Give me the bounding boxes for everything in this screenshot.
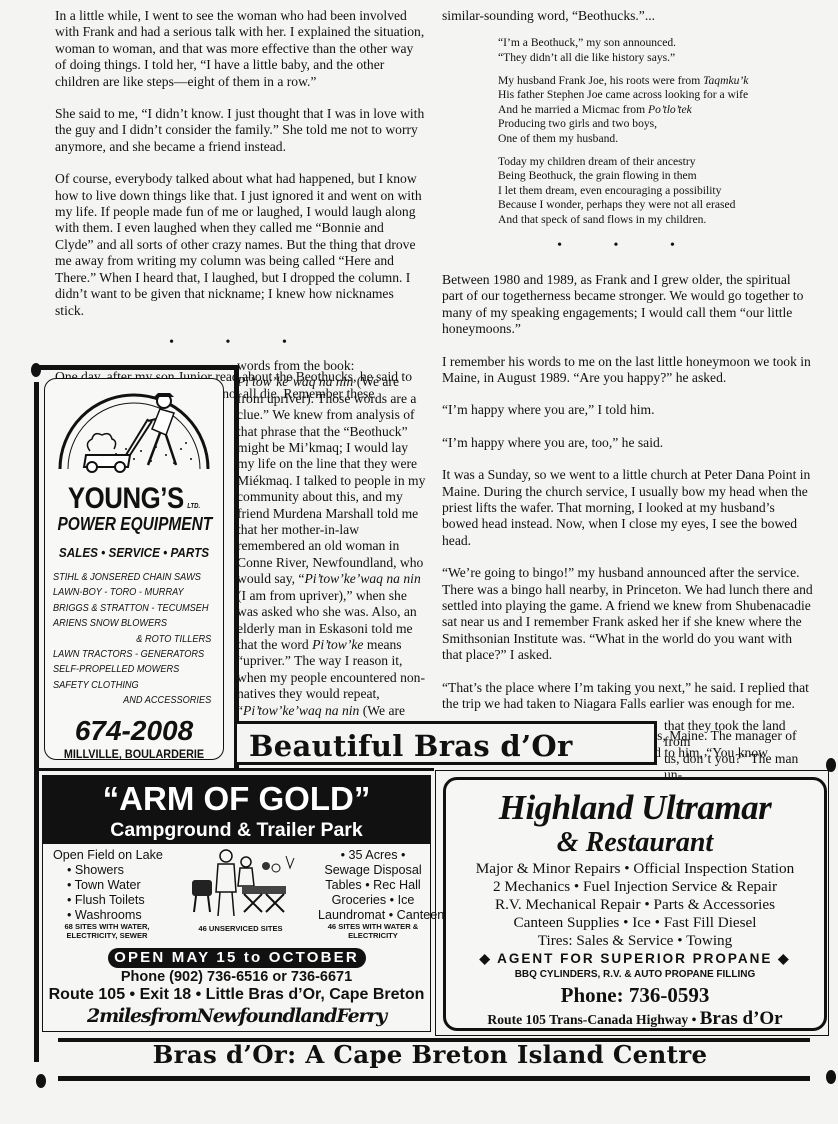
- youngs-name: YOUNG’SLTD.: [57, 482, 210, 516]
- poem-stanza: “I’m a Beothuck,” my son announced.“They…: [498, 36, 814, 65]
- article-paragraph: “That’s the place where I’m taking you n…: [442, 680, 814, 713]
- product-item: LAWN TRACTORS - GENERATORS: [53, 647, 228, 662]
- service-line: Canteen Supplies • Ice • Fast Fill Diese…: [446, 914, 824, 932]
- youngs-phone: 674-2008: [45, 715, 223, 747]
- margin-bullet: [36, 1074, 46, 1088]
- footer-bottom-rule: [58, 1076, 810, 1081]
- product-item: SELF-PROPELLED MOWERS: [53, 662, 228, 677]
- poem-line: I let them dream, even encouraging a pos…: [498, 184, 814, 199]
- highland-ultramar-ad: Highland Ultramar & Restaurant Major & M…: [443, 777, 827, 1031]
- right-column: similar-sounding word, “Beothucks.”... “…: [442, 8, 814, 761]
- amenity-item: Sewage Disposal: [318, 863, 428, 878]
- amenity-item: Groceries • Ice: [318, 893, 428, 908]
- poem-line: My husband Frank Joe, his roots were fro…: [498, 74, 814, 89]
- product-item: BRIGGS & STRATTON - TECUMSEH: [53, 601, 228, 616]
- highland-title: Highland Ultramar: [446, 790, 824, 826]
- family-picnic-icon: [186, 846, 296, 922]
- poem-line: And that speck of sand flows in my child…: [498, 213, 814, 228]
- man-mowing-lawn-icon: [56, 389, 212, 473]
- arm-of-gold-amenities-left: Open Field on Lake • Showers • Town Wate…: [53, 848, 163, 940]
- sites-note: 68 SITES WITH WATER, ELECTRICITY, SEWER: [53, 923, 161, 940]
- footer-title: Bras d’Or: A Cape Breton Island Centre: [60, 1040, 800, 1069]
- product-item: LAWN-BOY - TORO - MURRAY: [53, 585, 228, 600]
- article-paragraph: “I’m happy where you are, too,” he said.: [442, 435, 814, 451]
- propane-services: BBQ CYLINDERS, R.V. & AUTO PROPANE FILLI…: [446, 968, 824, 982]
- youngs-product-list: STIHL & JONSERED CHAIN SAWSLAWN-BOY - TO…: [53, 570, 228, 709]
- amenity-item: • Town Water: [53, 878, 163, 893]
- wrapped-article-text: words from the book: Pi’tow’ke’waq na ni…: [237, 358, 427, 752]
- section-separator: • • •: [55, 335, 425, 351]
- poem-line: Being Beothuck, the grain flowing in the…: [498, 169, 814, 184]
- highland-phone: Phone: 736-0593: [446, 982, 824, 1008]
- margin-bullet: [826, 1070, 836, 1084]
- amenity-item: • Washrooms: [53, 908, 163, 923]
- article-paragraph: “We’re going to bingo!” my husband annou…: [442, 565, 814, 663]
- article-paragraph: It was a Sunday, so we went to a little …: [442, 467, 814, 549]
- youngs-subtitle: POWER EQUIPMENT: [57, 514, 210, 535]
- arm-of-gold-illustration: 46 UNSERVICED SITES: [183, 846, 298, 934]
- arm-of-gold-title: “ARM OF GOLD”: [43, 776, 430, 819]
- youngs-tagline: SALES • SERVICE • PARTS: [54, 545, 214, 560]
- article-paragraph: similar-sounding word, “Beothucks.”...: [442, 8, 814, 24]
- product-item: AND ACCESSORIES: [53, 693, 228, 708]
- product-item: STIHL & JONSERED CHAIN SAWS: [53, 570, 228, 585]
- season-badge: OPEN MAY 15 to OCTOBER 15: [108, 948, 366, 968]
- article-paragraph: “I’m happy where you are,” I told him.: [442, 402, 814, 418]
- service-line: Major & Minor Repairs • Official Inspect…: [446, 860, 824, 878]
- text-line: that they took the land from: [664, 718, 814, 751]
- article-paragraph: She said to me, “I didn’t know. I just t…: [55, 106, 425, 155]
- arm-of-gold-amenities-right: • 35 Acres • Sewage Disposal Tables • Re…: [318, 848, 428, 940]
- amenity-heading: Open Field on Lake: [53, 848, 163, 863]
- poem-stanza: Today my children dream of their ancestr…: [498, 155, 814, 228]
- amenity-item: • Flush Toilets: [53, 893, 163, 908]
- poem-line: His father Stephen Joe came across looki…: [498, 88, 814, 103]
- amenity-item: • Showers: [53, 863, 163, 878]
- arm-of-gold-phone: Phone (902) 736-6516 or 736-6671: [43, 969, 430, 985]
- youngs-ad: YOUNG’SLTD. POWER EQUIPMENT SALES • SERV…: [44, 378, 224, 760]
- article-paragraph: Of course, everybody talked about what h…: [55, 171, 425, 319]
- poem-line: One of them my husband.: [498, 132, 814, 147]
- sites-note: 46 UNSERVICED SITES: [183, 925, 298, 934]
- poem-line: Because I wonder, perhaps they were not …: [498, 198, 814, 213]
- highland-route: Route 105 Trans-Canada Highway • Bras d’…: [446, 1008, 824, 1031]
- amenity-item: Laundromat • Canteen: [318, 908, 428, 923]
- amenity-item: • 35 Acres •: [318, 848, 428, 863]
- service-line: Tires: Sales & Service • Towing: [446, 932, 824, 950]
- poem-line: Producing two girls and two boys,: [498, 117, 814, 132]
- poem-line: Today my children dream of their ancestr…: [498, 155, 814, 170]
- article-paragraph: In a little while, I went to see the wom…: [55, 8, 425, 90]
- poem-line: And he married a Micmac from Po’tlo’tek: [498, 103, 814, 118]
- article-paragraph: Between 1980 and 1989, as Frank and I gr…: [442, 272, 814, 338]
- article-paragraph: I remember his words to me on the last l…: [442, 354, 814, 387]
- arm-of-gold-ad: “ARM OF GOLD” Campground & Trailer Park …: [42, 775, 431, 1032]
- highland-subtitle: & Restaurant: [446, 826, 824, 860]
- sites-note: 46 SITES WITH WATER & ELECTRICITY: [318, 923, 428, 940]
- beautiful-bras-dor-banner: Beautiful Bras d’Or: [237, 721, 657, 765]
- arm-of-gold-ferry-note: 2milesfromNewfoundlandFerry: [43, 1005, 430, 1027]
- service-line: 2 Mechanics • Fuel Injection Service & R…: [446, 878, 824, 896]
- product-item: ARIENS SNOW BLOWERS: [53, 616, 228, 631]
- product-item: SAFETY CLOTHING: [53, 678, 228, 693]
- product-item: & ROTO TILLERS: [53, 632, 228, 647]
- horizontal-rule: [36, 768, 434, 771]
- poem-line: “They didn’t all die like history says.”: [498, 51, 814, 66]
- poem: “I’m a Beothuck,” my son announced.“They…: [498, 36, 814, 227]
- arm-of-gold-subtitle: Campground & Trailer Park: [43, 819, 430, 841]
- left-column: In a little while, I went to see the wom…: [55, 8, 425, 402]
- arm-of-gold-header: “ARM OF GOLD” Campground & Trailer Park: [43, 776, 430, 844]
- amenity-item: Tables • Rec Hall: [318, 878, 428, 893]
- arm-of-gold-route: Route 105 • Exit 18 • Little Bras d’Or, …: [43, 986, 430, 1004]
- service-line: R.V. Mechanical Repair • Parts & Accesso…: [446, 896, 824, 914]
- propane-agent: ◆ AGENT FOR SUPERIOR PROPANE ◆: [446, 950, 824, 968]
- youngs-address: MILLVILLE, BOULARDERIE: [54, 747, 214, 761]
- poem-line: “I’m a Beothuck,” my son announced.: [498, 36, 814, 51]
- section-separator: • • •: [442, 238, 814, 254]
- poem-stanza: My husband Frank Joe, his roots were fro…: [498, 74, 814, 147]
